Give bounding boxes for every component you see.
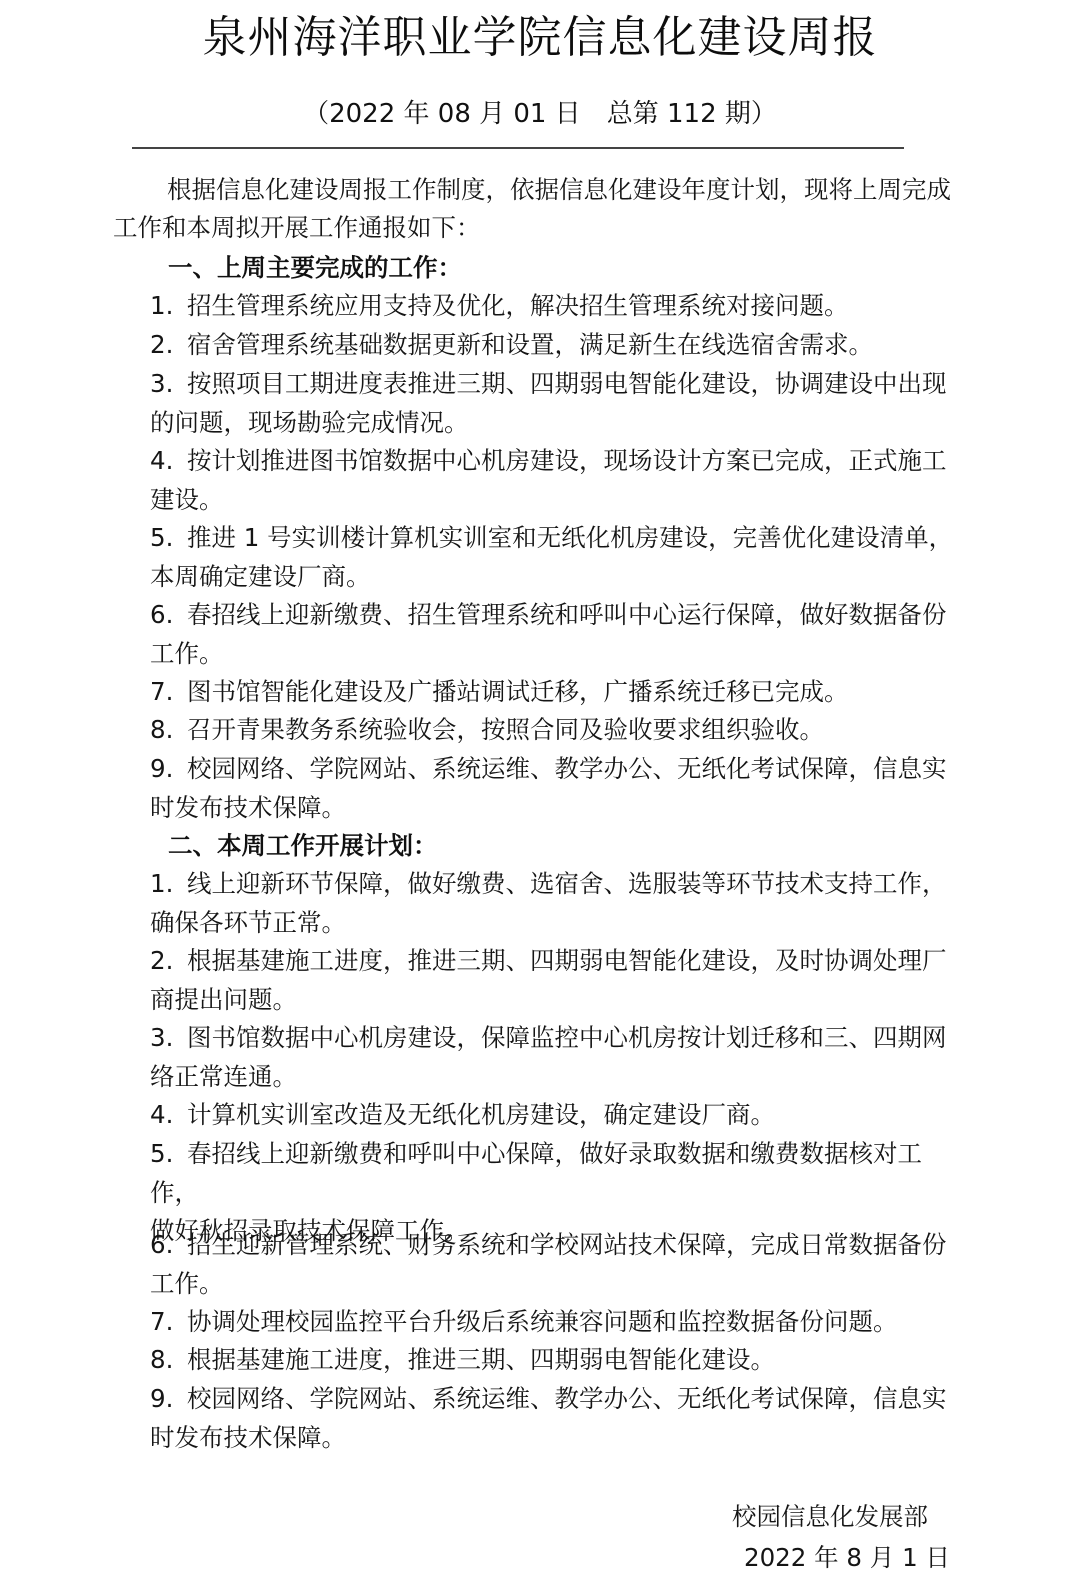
item-number: 9.: [150, 1380, 187, 1419]
item-number: 1.: [150, 287, 187, 326]
section-2-item: 7.协调处理校园监控平台升级后系统兼容问题和监控数据备份问题。: [150, 1303, 960, 1342]
item-number: 9.: [150, 750, 187, 789]
section-2-item: 9.校园网络、学院网站、系统运维、教学办公、无纸化考试保障，信息实 时发布技术保…: [150, 1380, 960, 1457]
item-number: 3.: [150, 1019, 187, 1058]
item-number: 5.: [150, 519, 187, 558]
item-text-continued: 商提出问题。: [150, 981, 960, 1020]
item-text: 协调处理校园监控平台升级后系统兼容问题和监控数据备份问题。: [187, 1307, 898, 1336]
item-text: 图书馆智能化建设及广播站调试迁移，广播系统迁移已完成。: [187, 677, 849, 706]
item-text: 校园网络、学院网站、系统运维、教学办公、无纸化考试保障，信息实: [187, 754, 947, 783]
section-1-item: 2.宿舍管理系统基础数据更新和设置，满足新生在线选宿舍需求。: [150, 326, 960, 365]
item-text: 根据基建施工进度，推进三期、四期弱电智能化建设，及时协调处理厂: [187, 946, 947, 975]
item-number: 8.: [150, 1341, 187, 1380]
section-1-item: 6.春招线上迎新缴费、招生管理系统和呼叫中心运行保障，做好数据备份 工作。: [150, 596, 960, 673]
section-2-item: 3.图书馆数据中心机房建设，保障监控中心机房按计划迁移和三、四期网 络正常连通。: [150, 1019, 960, 1096]
item-number: 4.: [150, 442, 187, 481]
item-text-continued: 时发布技术保障。: [150, 789, 960, 828]
section-2-item: 4.计算机实训室改造及无纸化机房建设，确定建设厂商。: [150, 1096, 960, 1135]
item-number: 7.: [150, 673, 187, 712]
section-2-item: 2.根据基建施工进度，推进三期、四期弱电智能化建设，及时协调处理厂 商提出问题。: [150, 942, 960, 1019]
item-text-continued: 工作。: [150, 635, 960, 674]
item-text: 春招线上迎新缴费、招生管理系统和呼叫中心运行保障，做好数据备份: [187, 600, 947, 629]
item-text: 推进 1 号实训楼计算机实训室和无纸化机房建设，完善优化建设清单，: [187, 523, 953, 552]
intro-line-2: 工作和本周拟开展工作通报如下：: [113, 209, 481, 247]
section-2-item: 6.招生迎新管理系统、财务系统和学校网站技术保障，完成日常数据备份 工作。: [150, 1226, 960, 1303]
report-title: 泉州海洋职业学院信息化建设周报: [0, 8, 1080, 68]
section-1-item: 4.按计划推进图书馆数据中心机房建设，现场设计方案已完成，正式施工 建设。: [150, 442, 960, 519]
item-text-continued: 的问题，现场勘验完成情况。: [150, 404, 960, 443]
item-text: 按照项目工期进度表推进三期、四期弱电智能化建设，协调建设中出现: [187, 369, 947, 398]
item-text: 图书馆数据中心机房建设，保障监控中心机房按计划迁移和三、四期网: [187, 1023, 947, 1052]
item-text-continued: 时发布技术保障。: [150, 1419, 960, 1458]
section-2-item: 1.线上迎新环节保障，做好缴费、选宿舍、选服装等环节技术支持工作， 确保各环节正…: [150, 865, 960, 942]
item-text-continued: 建设。: [150, 481, 960, 520]
header-divider: [132, 147, 904, 149]
item-text: 根据基建施工进度，推进三期、四期弱电智能化建设。: [187, 1345, 775, 1374]
item-text-continued: 确保各环节正常。: [150, 904, 960, 943]
section-2-heading: 二、本周工作开展计划：: [168, 827, 438, 865]
item-text-continued: 本周确定建设厂商。: [150, 558, 960, 597]
section-2-item: 8.根据基建施工进度，推进三期、四期弱电智能化建设。: [150, 1341, 960, 1380]
item-number: 5.: [150, 1135, 187, 1174]
signature-department: 校园信息化发展部: [732, 1497, 928, 1537]
item-number: 3.: [150, 365, 187, 404]
section-1-heading: 一、上周主要完成的工作：: [168, 249, 462, 287]
item-number: 4.: [150, 1096, 187, 1135]
item-text-continued: 工作。: [150, 1265, 960, 1304]
item-number: 6.: [150, 596, 187, 635]
section-1-item: 1.招生管理系统应用支持及优化，解决招生管理系统对接问题。: [150, 287, 960, 326]
section-1-item: 8.召开青果教务系统验收会，按照合同及验收要求组织验收。: [150, 711, 960, 750]
item-text: 计算机实训室改造及无纸化机房建设，确定建设厂商。: [187, 1100, 775, 1129]
item-text: 招生迎新管理系统、财务系统和学校网站技术保障，完成日常数据备份: [187, 1230, 947, 1259]
item-number: 7.: [150, 1303, 187, 1342]
section-1-item: 9.校园网络、学院网站、系统运维、教学办公、无纸化考试保障，信息实 时发布技术保…: [150, 750, 960, 827]
report-subtitle: （2022 年 08 月 01 日 总第 112 期）: [0, 94, 1080, 134]
item-text: 召开青果教务系统验收会，按照合同及验收要求组织验收。: [187, 715, 824, 744]
item-number: 6.: [150, 1226, 187, 1265]
item-number: 2.: [150, 942, 187, 981]
section-1-item: 5.推进 1 号实训楼计算机实训室和无纸化机房建设，完善优化建设清单， 本周确定…: [150, 519, 960, 596]
item-text: 线上迎新环节保障，做好缴费、选宿舍、选服装等环节技术支持工作，: [187, 869, 947, 898]
signature-date: 2022 年 8 月 1 日: [744, 1538, 950, 1578]
item-text: 校园网络、学院网站、系统运维、教学办公、无纸化考试保障，信息实: [187, 1384, 947, 1413]
item-number: 2.: [150, 326, 187, 365]
item-text: 招生管理系统应用支持及优化，解决招生管理系统对接问题。: [187, 291, 849, 320]
intro-line-1: 根据信息化建设周报工作制度，依据信息化建设年度计划，现将上周完成: [167, 171, 951, 209]
item-text: 春招线上迎新缴费和呼叫中心保障，做好录取数据和缴费数据核对工作，: [150, 1139, 922, 1207]
item-text-continued: 络正常连通。: [150, 1058, 960, 1097]
item-number: 1.: [150, 865, 187, 904]
section-1-item: 7.图书馆智能化建设及广播站调试迁移，广播系统迁移已完成。: [150, 673, 960, 712]
item-text: 宿舍管理系统基础数据更新和设置，满足新生在线选宿舍需求。: [187, 330, 873, 359]
item-text: 按计划推进图书馆数据中心机房建设，现场设计方案已完成，正式施工: [187, 446, 947, 475]
item-number: 8.: [150, 711, 187, 750]
section-1-item: 3.按照项目工期进度表推进三期、四期弱电智能化建设，协调建设中出现 的问题，现场…: [150, 365, 960, 442]
